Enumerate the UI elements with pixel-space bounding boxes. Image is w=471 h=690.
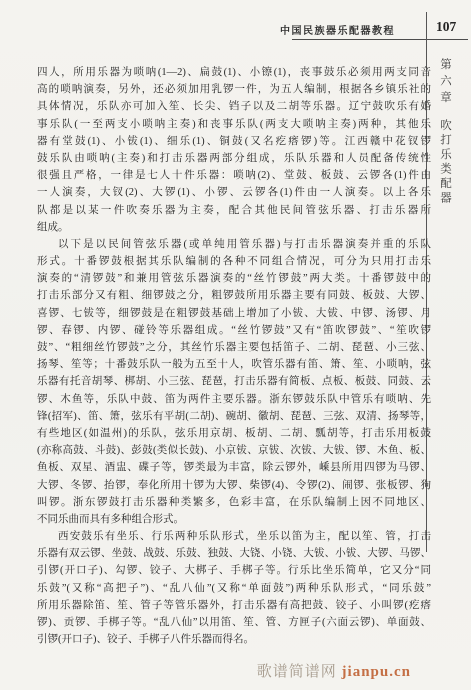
text-line: 具体情况，乐队亦可加入笙、长尖、铛子以及二胡等乐器。辽宁鼓吹乐有婚 (37, 98, 431, 115)
text-line: 不同乐曲而具有多种组合形式。 (37, 511, 431, 528)
text-line: 锣、木鱼等，乐队中鼓、笛为两件主要乐器。浙东锣鼓乐队中管乐有唢呐、先 (37, 391, 431, 408)
watermark-site-name: 歌谱简谱网 (257, 664, 337, 680)
paragraph: 以下是以民间管弦乐器(或单纯用管乐器)与打击乐器演奏并重的乐队 形式。十番锣鼓根… (37, 236, 431, 528)
text-line: 扬琴、笙等；十番鼓乐队一般为五至十人，吹管乐器有笛、箫、笙、小唢呐，弦 (37, 356, 431, 373)
text-line: 事乐队(一至两支小唢呐主奏)和丧事乐队(两支大唢呐主奏)两种，其他乐 (37, 116, 431, 133)
paragraph: 西安鼓乐有坐乐、行乐两种乐队形式，坐乐以笛为主，配以笙、管，打击 乐器有双云锣、… (37, 528, 431, 648)
text-line: 高的唢呐演奏，另外，还必须加用乳锣一件，为五人编制，根据各乡镇乐社的 (37, 81, 431, 98)
text-line: 一人演奏，大钗(2)、大锣(1)、小锣、云锣各(1)件由一人演奏。以上各乐 (37, 184, 431, 201)
text-line: 有些地区(如温州)的乐队，弦乐用京胡、板胡、二胡、瓢胡等，打击乐用板鼓 (37, 425, 431, 442)
page: 中国民族器乐配器教程 107 第六章 吹打乐类配器 四人，所用乐器为唢呐(1—2… (0, 0, 471, 690)
chapter-number: 第六章 (437, 58, 453, 108)
text-line: 引锣(开口子)、铰子、手梆子八件乐器而得名。 (37, 631, 431, 648)
book-title: 中国民族器乐配器教程 (280, 22, 395, 37)
text-line: 很强且严格，一律是七人十件乐器：唢呐(2)、堂鼓、板鼓、云锣各(1)件由 (37, 167, 431, 184)
text-line: (亦称高鼓、斗鼓)、彭鼓(类似长鼓)、小京钹、京钹、次钹、大钹、锣、木鱼、板、 (37, 442, 431, 459)
text-line: 打击乐部分又有粗、细锣鼓之分，粗锣鼓所用乐器主要有同鼓、板鼓、大锣、 (37, 287, 431, 304)
text-line: 喜锣、七钹等，细锣鼓是在粗锣鼓基础上增加了小钹、大钹、中锣、汤锣、月 (37, 305, 431, 322)
page-number: 107 (436, 19, 456, 35)
header-rule-line (292, 39, 468, 40)
chapter-title: 吹打乐类配器 (437, 119, 453, 206)
text-line: 器有堂鼓(1)、小钹(1)、细乐(1)、铜鼓(又名疙瘩锣)等。江西赣中花钗锣 (37, 133, 431, 150)
text-line: 四人，所用乐器为唢呐(1—2)、扁鼓(1)、小镲(1)，丧事鼓乐必须用两支同音 (37, 64, 431, 81)
text-line: 以下是以民间管弦乐器(或单纯用管乐器)与打击乐器演奏并重的乐队 (37, 236, 431, 253)
text-line: 乐器有双云锣、坐鼓、战鼓、乐鼓、独鼓、大铙、小铙、大钹、小钹、大锣、马锣、 (37, 545, 431, 562)
text-line: 西安鼓乐有坐乐、行乐两种乐队形式，坐乐以笛为主，配以笙、管，打击 (37, 528, 431, 545)
text-line: 引锣(开口子)、勾锣、铰子、大梆子、手梆子等。行乐比坐乐简单，它又分“同 (37, 562, 431, 579)
text-line: 叫锣。浙东锣鼓打击乐器种类繁多，色彩丰富，在乐队编制上因不同地区、 (37, 494, 431, 511)
watermark: 歌谱简谱网 jianpu.cn (257, 660, 411, 681)
text-line: 队都是以某一件吹奏乐器为主奏，配合其他民间管弦乐器、打击乐器所 (37, 202, 431, 219)
text-line: 演奏的“清锣鼓”和兼用管弦乐器演奏的“丝竹锣鼓”两大类。十番锣鼓中的 (37, 270, 431, 287)
text-line: 锋(招军)、笛、箫，弦乐有平胡(二胡)、碗胡、徽胡、琵琶、三弦、双清、扬琴等， (37, 408, 431, 425)
text-line: 乐器有托音胡琴、梆胡、小三弦、琵琶，打击乐器有简板、点板、板鼓、同鼓、云 (37, 373, 431, 390)
text-line: 鼓乐队由唢呐(主奏)和打击乐器两部分组成，乐队乐器和人员配备传统性 (37, 150, 431, 167)
text-line: 锣)、贡锣、手梆子等。“乱八仙”以用笛、笙、管、方匣子(六面云锣)、单面鼓、 (37, 614, 431, 631)
watermark-site-url: jianpu.cn (342, 664, 411, 680)
text-line: 大锣、冬锣、抬锣，奉化所用十锣为大锣、柴锣(4)、令锣(2)、闹锣、张板锣、狗 (37, 477, 431, 494)
paragraph: 四人，所用乐器为唢呐(1—2)、扁鼓(1)、小镲(1)，丧事鼓乐必须用两支同音 … (37, 64, 431, 236)
body-text: 四人，所用乐器为唢呐(1—2)、扁鼓(1)、小镲(1)，丧事鼓乐必须用两支同音 … (37, 64, 431, 648)
text-line: 所用乐器除笛、笙、管子等管乐器外，打击乐器有高把鼓、铰子、小叫锣(疙瘩 (37, 597, 431, 614)
text-line: 形式。十番锣鼓根据其乐队编制的各种不同组合情况，可分为只用打击乐 (37, 253, 431, 270)
text-line: 鼓”、“粗细丝竹锣鼓”之分，其丝竹乐器主要包括笛子、二胡、琵琶、小三弦、 (37, 339, 431, 356)
text-line: 鱼板、双星、酒盅、碟子等，锣类最为丰富，除云锣外，嵊县所用四锣为马锣、 (37, 459, 431, 476)
text-line: 组成。 (37, 219, 431, 236)
text-line: 乐鼓”(又称“高把子”)、“乱八仙”(又称“单面鼓”)两种乐队形式，“同乐鼓” (37, 580, 431, 597)
text-line: 锣、春锣、内锣、碰铃等乐器组成。“丝竹锣鼓”又有“笛吹锣鼓”、“笙吹锣 (37, 322, 431, 339)
